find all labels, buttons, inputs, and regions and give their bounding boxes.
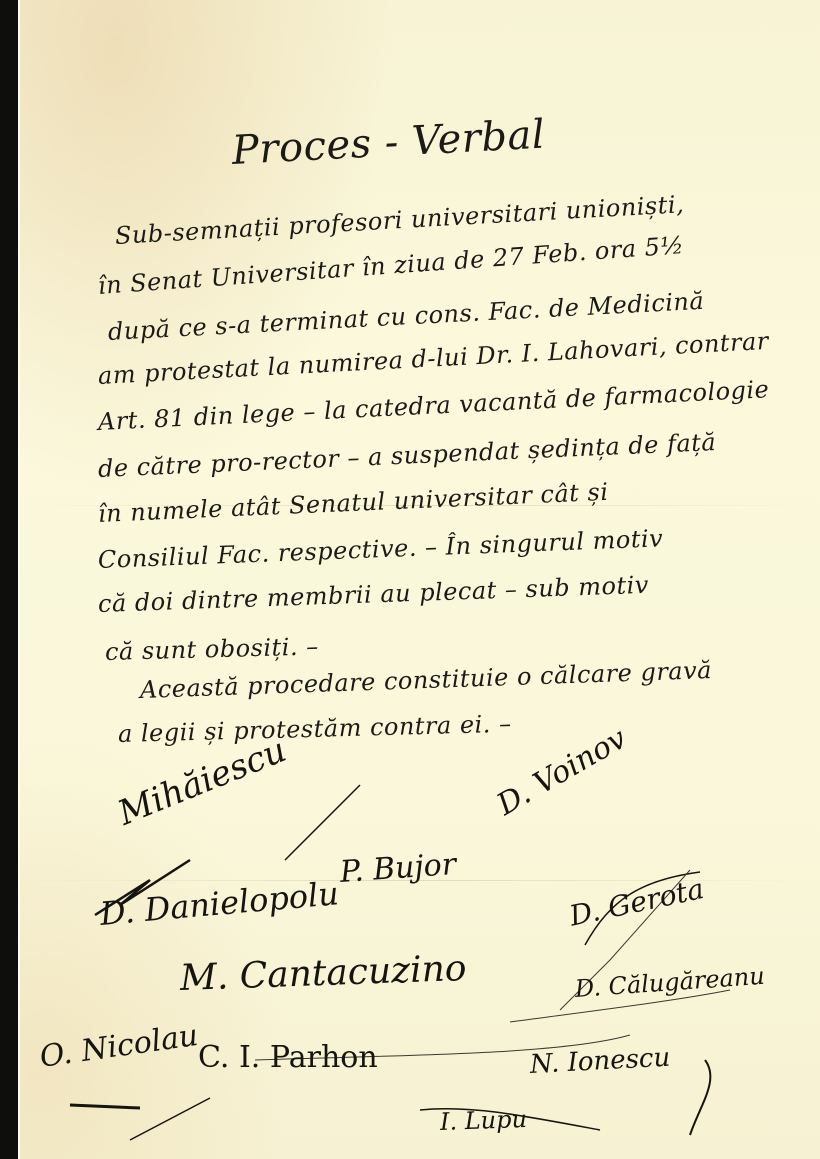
signature: C. I. Parhon [198, 1040, 378, 1075]
scanned-document: Proces - Verbal Sub-semnații profesori u… [0, 0, 820, 1159]
signature: I. Lupu [440, 1105, 528, 1136]
body-line-10: că sunt obosiți. – [105, 632, 319, 666]
